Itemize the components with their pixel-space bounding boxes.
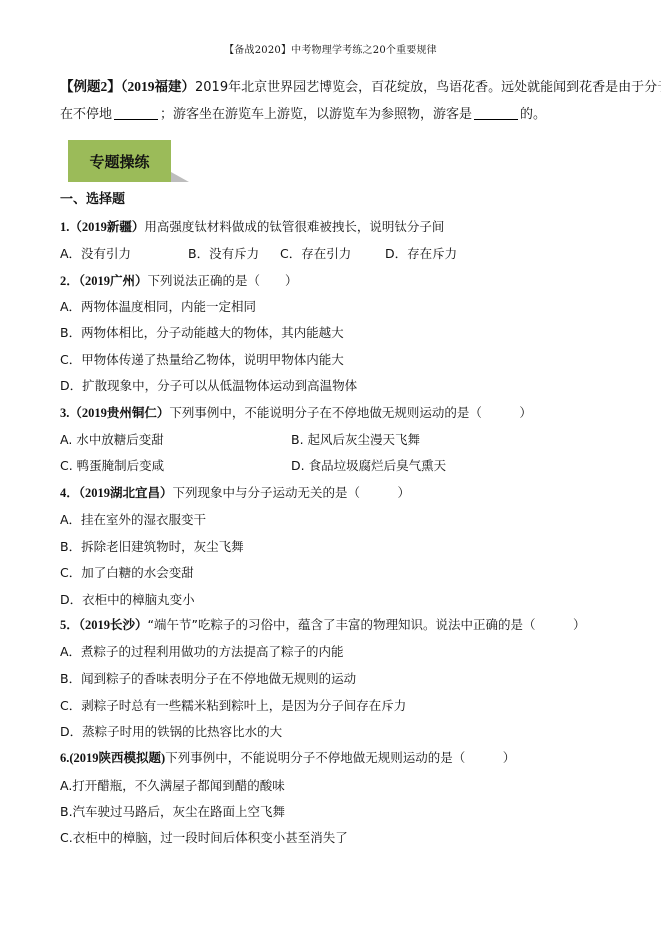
question-number: 4． <box>60 486 79 500</box>
question-text: “端午节”吃粽子的习俗中，蕴含了丰富的物理知识。说法中正确的是（ ） <box>148 617 586 632</box>
q3-option-a: A. 水中放糖后变甜 <box>60 430 164 448</box>
question-number: 6. <box>60 751 69 765</box>
example-line-2: 在不停地；游客坐在游览车上游览，以游览车为参照物，游客是的。 <box>60 101 620 129</box>
question-source: （2019长沙） <box>79 618 148 632</box>
question-5-stem: 5．（2019长沙）“端午节”吃粽子的习俗中，蕴含了丰富的物理知识。说法中正确的… <box>60 615 586 633</box>
question-source: （2019贵州铜仁） <box>69 406 169 420</box>
example-source: （2019福建） <box>121 79 195 94</box>
q1-option-b: B．没有斥力 <box>188 244 259 262</box>
question-6-stem: 6.(2019陕西模拟题)下列事例中，不能说明分子不停地做无规则运动的是（ ） <box>60 748 515 766</box>
example-text-2a: 在不停地 <box>60 107 112 122</box>
question-source: （2019广州） <box>79 274 148 288</box>
q1-option-d: D．存在斥力 <box>385 244 457 262</box>
q4-option-d: D．衣柜中的樟脑丸变小 <box>60 590 195 608</box>
banner-label: 专题操练 <box>68 140 171 182</box>
question-source: （2019湖北宜昌） <box>79 486 173 500</box>
question-number: 3. <box>60 406 69 420</box>
q6-option-b: B.汽车驶过马路后，灰尘在路面上空飞舞 <box>60 802 285 820</box>
q3-option-c: C. 鸭蛋腌制后变咸 <box>60 456 164 474</box>
question-2-stem: 2．（2019广州）下列说法正确的是（ ） <box>60 271 298 289</box>
question-source: （2019新疆） <box>69 220 144 234</box>
q3-option-d: D. 食品垃圾腐烂后臭气熏天 <box>291 456 446 474</box>
q4-option-b: B．拆除老旧建筑物时，灰尘飞舞 <box>60 537 244 555</box>
q1-option-a: A．没有引力 <box>60 244 131 262</box>
page-header-title: 【备战2020】中考物理学考练之20个重要规律 <box>0 41 661 56</box>
q3-option-b: B. 起风后灰尘漫天飞舞 <box>291 430 420 448</box>
q2-option-b: B．两物体相比，分子动能越大的物体，其内能越大 <box>60 323 344 341</box>
question-number: 2． <box>60 274 79 288</box>
example-label: 【例题2】 <box>60 79 121 94</box>
q4-option-c: C．加了白糖的水会变甜 <box>60 563 194 581</box>
question-text: 下列现象中与分子运动无关的是（ ） <box>173 485 411 500</box>
q5-option-d: D．蒸粽子时用的铁锅的比热容比水的大 <box>60 722 282 740</box>
q5-option-b: B．闻到粽子的香味表明分子在不停地做无规则的运动 <box>60 669 356 687</box>
question-text: 下列事例中，不能说明分子在不停地做无规则运动的是（ ） <box>169 405 532 420</box>
question-number: 5． <box>60 618 79 632</box>
q6-option-c: C.衣柜中的樟脑，过一段时间后体积变小甚至消失了 <box>60 828 348 846</box>
q2-option-c: C．甲物体传递了热量给乙物体，说明甲物体内能大 <box>60 350 344 368</box>
question-4-stem: 4．（2019湖北宜昌）下列现象中与分子运动无关的是（ ） <box>60 483 410 501</box>
question-text: 下列事例中，不能说明分子不停地做无规则运动的是（ ） <box>165 750 515 765</box>
example-line-1: 【例题2】（2019福建）2019年北京世界园艺博览会，百花绽放，鸟语花香。远处… <box>60 73 620 102</box>
question-text: 用高强度钛材料做成的钛管很难被拽长，说明钛分子间 <box>144 219 444 234</box>
section-title: 一、选择题 <box>60 188 125 207</box>
question-3-stem: 3.（2019贵州铜仁）下列事例中，不能说明分子在不停地做无规则运动的是（ ） <box>60 403 532 421</box>
topic-practice-banner: 专题操练 <box>68 140 188 184</box>
example-text-2b: ；游客坐在游览车上游览，以游览车为参照物，游客是 <box>160 107 472 122</box>
q5-option-c: C．剥粽子时总有一些糯米粘到粽叶上，是因为分子间存在斥力 <box>60 696 406 714</box>
example-text-2c: 的。 <box>520 107 546 122</box>
example-text-1: 2019年北京世界园艺博览会，百花绽放，鸟语花香。远处就能闻到花香是由于分子 <box>195 80 661 95</box>
question-text: 下列说法正确的是（ ） <box>148 273 298 288</box>
answer-blank-2 <box>474 105 518 120</box>
banner-shadow <box>171 172 189 182</box>
q5-option-a: A．煮粽子的过程利用做功的方法提高了粽子的内能 <box>60 642 344 660</box>
q2-option-a: A．两物体温度相同，内能一定相同 <box>60 297 256 315</box>
question-1-stem: 1.（2019新疆）用高强度钛材料做成的钛管很难被拽长，说明钛分子间 <box>60 217 444 235</box>
question-number: 1. <box>60 220 69 234</box>
q4-option-a: A．挂在室外的湿衣服变干 <box>60 510 206 528</box>
question-source: (2019陕西模拟题) <box>69 751 165 765</box>
q2-option-d: D．扩散现象中，分子可以从低温物体运动到高温物体 <box>60 376 357 394</box>
answer-blank-1 <box>114 105 158 120</box>
q1-option-c: C．存在引力 <box>280 244 351 262</box>
q6-option-a: A.打开醋瓶，不久满屋子都闻到醋的酸味 <box>60 776 285 794</box>
